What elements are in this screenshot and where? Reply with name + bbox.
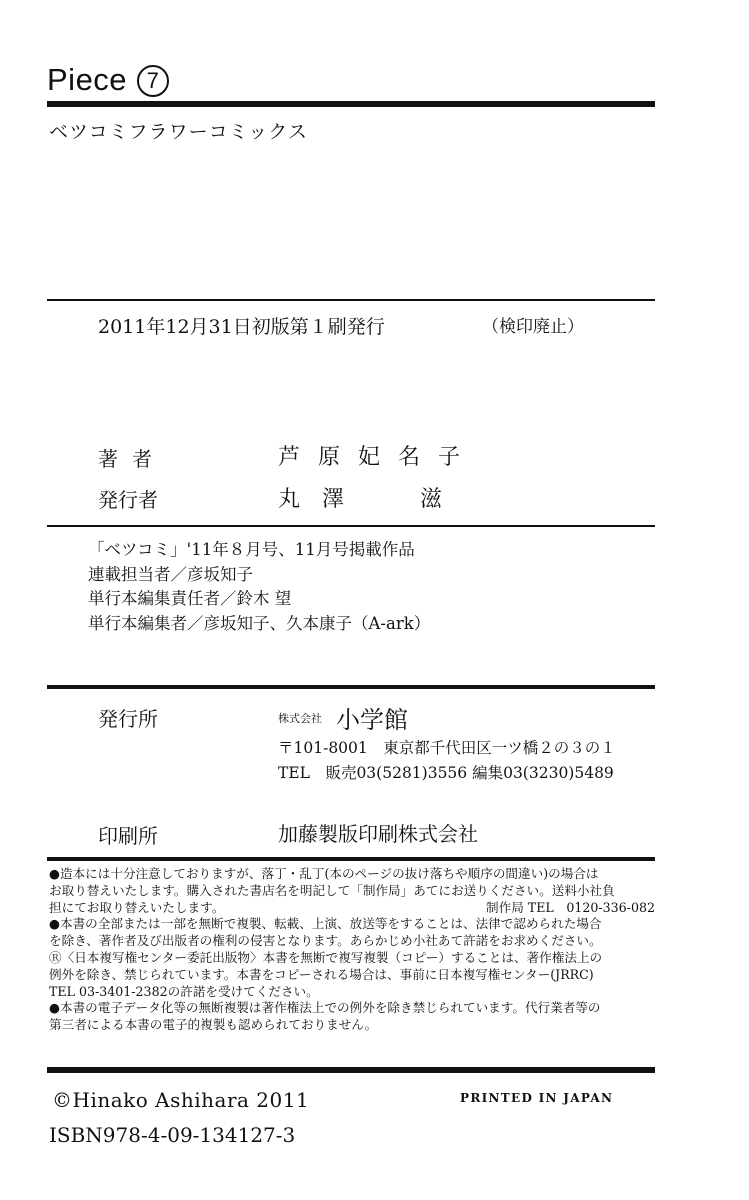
isbn: ISBN978-4-09-134127-3 xyxy=(49,1123,295,1147)
title-text: Piece xyxy=(47,62,127,97)
credit-line: 単行本編集責任者／鈴木 望 xyxy=(88,587,430,612)
series-name: ベツコミフラワーコミックス xyxy=(49,117,308,144)
publisher-given-name: 滋 xyxy=(420,487,442,512)
company-name: 小学館 xyxy=(336,700,408,735)
notice-line: 担にてお取り替えいたします。 xyxy=(49,900,224,917)
publisher-family-name: 丸 澤 xyxy=(278,487,344,512)
credit-line: 「ベツコミ」'11年８月号、11月号掲載作品 xyxy=(88,538,430,563)
notice-line: 例外を除き、禁じられています。本書をコピーされる場合は、事前に日本複写権センター… xyxy=(49,967,655,984)
publisher-label: 発行者 xyxy=(98,484,158,513)
author-name: 芦原妃名子 xyxy=(278,440,478,471)
divider-edition xyxy=(47,299,655,301)
edition-date: 2011年12月31日初版第１刷発行 xyxy=(98,312,385,339)
credit-line: 連載担当者／彦坂知子 xyxy=(88,563,430,588)
copyright: ©Hinako Ashihara 2011 xyxy=(52,1088,309,1112)
publishing-house-label: 発行所 xyxy=(98,703,158,732)
notice-line: ●本書の全部または一部を無断で複製、転載、上演、放送等をすることは、法律で認めら… xyxy=(49,916,655,933)
divider-printer xyxy=(47,857,655,861)
notice-line: TEL 03-3401-2382の許諾を受けてください。 xyxy=(49,984,655,1001)
volume-number-circled: 7 xyxy=(137,65,169,97)
publisher-name: 丸 澤滋 xyxy=(278,482,442,513)
printed-in-japan: PRINTED IN JAPAN xyxy=(460,1091,613,1105)
printer-label: 印刷所 xyxy=(98,820,158,849)
printer-name: 加藤製版印刷株式会社 xyxy=(278,818,478,847)
divider-people xyxy=(47,525,655,527)
divider-title xyxy=(47,101,655,107)
company-prefix: 株式会社 xyxy=(278,710,322,726)
notice-line: ●造本には十分注意しておりますが、落丁・乱丁(本のページの抜け落ちや順序の間違い… xyxy=(49,866,655,883)
notice-line: Ⓡ〈日本複写権センター委託出版物〉本書を無断で複写複製（コピー）することは、著作… xyxy=(49,950,655,967)
legal-notice: ●造本には十分注意しておりますが、落丁・乱丁(本のページの抜け落ちや順序の間違い… xyxy=(49,866,655,1034)
divider-publisher xyxy=(47,685,655,689)
seal-note: （検印廃止） xyxy=(482,312,584,337)
divider-footer xyxy=(47,1067,655,1073)
credits-block: 「ベツコミ」'11年８月号、11月号掲載作品 連載担当者／彦坂知子 単行本編集責… xyxy=(88,538,430,636)
notice-line: を除き、著作者及び出版者の権利の侵害となります。あらかじめ小社あて許諾をお求めく… xyxy=(49,933,655,950)
credit-line: 単行本編集者／彦坂知子、久本康子（A-ark） xyxy=(88,612,430,637)
company-tel: TEL 販売03(5281)3556 編集03(3230)5489 xyxy=(278,761,614,783)
notice-line: 第三者による本書の電子的複製も認められておりません。 xyxy=(49,1017,655,1034)
company-address: 〒101-8001 東京都千代田区一ツ橋２の３の１ xyxy=(278,736,616,758)
notice-line: ●本書の電子データ化等の無断複製は著作権法上での例外を除き禁じられています。代行… xyxy=(49,1000,655,1017)
author-label: 著者 xyxy=(98,443,166,472)
book-title: Piece7 xyxy=(47,62,169,98)
notice-line: お取り替えいたします。購入された書店名を明記して「制作局」あてにお送りください。… xyxy=(49,883,655,900)
